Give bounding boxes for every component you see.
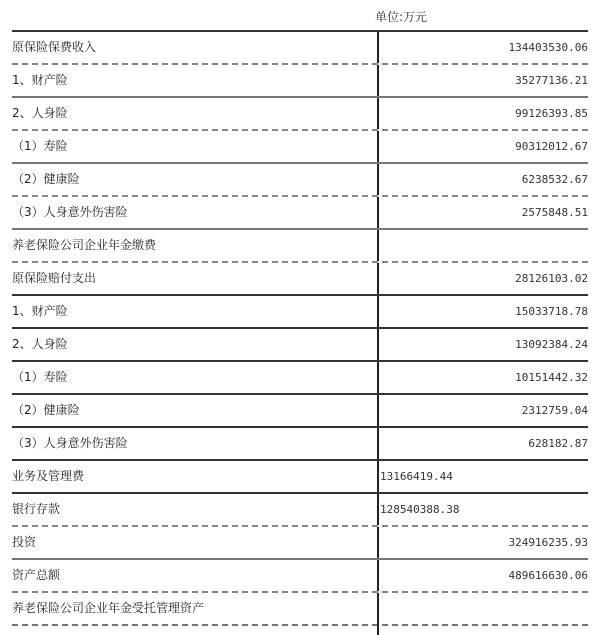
row-label: 养老保险公司企业年金受托管理资产 [12, 593, 377, 624]
row-value: 35277136.21 [377, 65, 588, 96]
table-row: 原保险赔付支出28126103.02 [12, 261, 588, 294]
table-row: 原保险保费收入134403530.06 [12, 30, 588, 63]
row-value: 489616630.06 [377, 560, 588, 591]
table-row: 2、人身险13092384.24 [12, 327, 588, 360]
table-row: （2）健康险6238532.67 [12, 162, 588, 195]
row-label: （3）人身意外伤害险 [12, 428, 377, 459]
table-row: （3）人身意外伤害险628182.87 [12, 426, 588, 459]
row-label: （2）健康险 [12, 395, 377, 426]
table-row: 1、财产险15033718.78 [12, 294, 588, 327]
row-value: 10151442.32 [377, 362, 588, 393]
row-label: 2、人身险 [12, 329, 377, 360]
row-label: 原保险保费收入 [12, 32, 377, 63]
row-label: 养老保险公司企业年金缴费 [12, 230, 377, 261]
row-value: 2312759.04 [377, 395, 588, 426]
row-value [377, 230, 588, 261]
table-row: 2、人身险99126393.85 [12, 96, 588, 129]
table-row: 银行存款128540388.38 [12, 492, 588, 525]
row-label: （1）寿险 [12, 362, 377, 393]
row-label: 业务及管理费 [12, 461, 377, 492]
row-value: 13166419.44 [377, 461, 588, 492]
row-value: 6238532.67 [377, 164, 588, 195]
row-label: 2、人身险 [12, 98, 377, 129]
table-row: （1）寿险10151442.32 [12, 360, 588, 393]
row-value: 13092384.24 [377, 329, 588, 360]
row-label: 投资 [12, 527, 377, 558]
row-label: 1、财产险 [12, 296, 377, 327]
table-row: 业务及管理费13166419.44 [12, 459, 588, 492]
table-row: 资产总额489616630.06 [12, 558, 588, 591]
row-value: 15033718.78 [377, 296, 588, 327]
column-divider-tail [377, 624, 379, 635]
row-label: （3）人身意外伤害险 [12, 197, 377, 228]
table-row: 投资324916235.93 [12, 525, 588, 558]
row-value: 128540388.38 [377, 494, 588, 525]
table-bottom-border [12, 624, 588, 626]
row-value: 90312012.67 [377, 131, 588, 162]
row-value: 2575848.51 [377, 197, 588, 228]
row-value: 28126103.02 [377, 263, 588, 294]
row-value: 324916235.93 [377, 527, 588, 558]
row-label: 资产总额 [12, 560, 377, 591]
row-value: 134403530.06 [377, 32, 588, 63]
table-row: 养老保险公司企业年金受托管理资产 [12, 591, 588, 624]
row-label: （1）寿险 [12, 131, 377, 162]
table-row: （2）健康险2312759.04 [12, 393, 588, 426]
row-value: 628182.87 [377, 428, 588, 459]
row-label: 原保险赔付支出 [12, 263, 377, 294]
table-row: （3）人身意外伤害险2575848.51 [12, 195, 588, 228]
row-label: （2）健康险 [12, 164, 377, 195]
row-label: 银行存款 [12, 494, 377, 525]
insurance-statistics-table: 原保险保费收入134403530.061、财产险35277136.212、人身险… [12, 30, 588, 626]
row-value [377, 593, 588, 624]
table-row: （1）寿险90312012.67 [12, 129, 588, 162]
table-row: 1、财产险35277136.21 [12, 63, 588, 96]
row-label: 1、财产险 [12, 65, 377, 96]
unit-label: 单位:万元 [377, 8, 588, 30]
unit-label-text: 单位:万元 [375, 10, 427, 24]
table-row: 养老保险公司企业年金缴费 [12, 228, 588, 261]
row-value: 99126393.85 [377, 98, 588, 129]
